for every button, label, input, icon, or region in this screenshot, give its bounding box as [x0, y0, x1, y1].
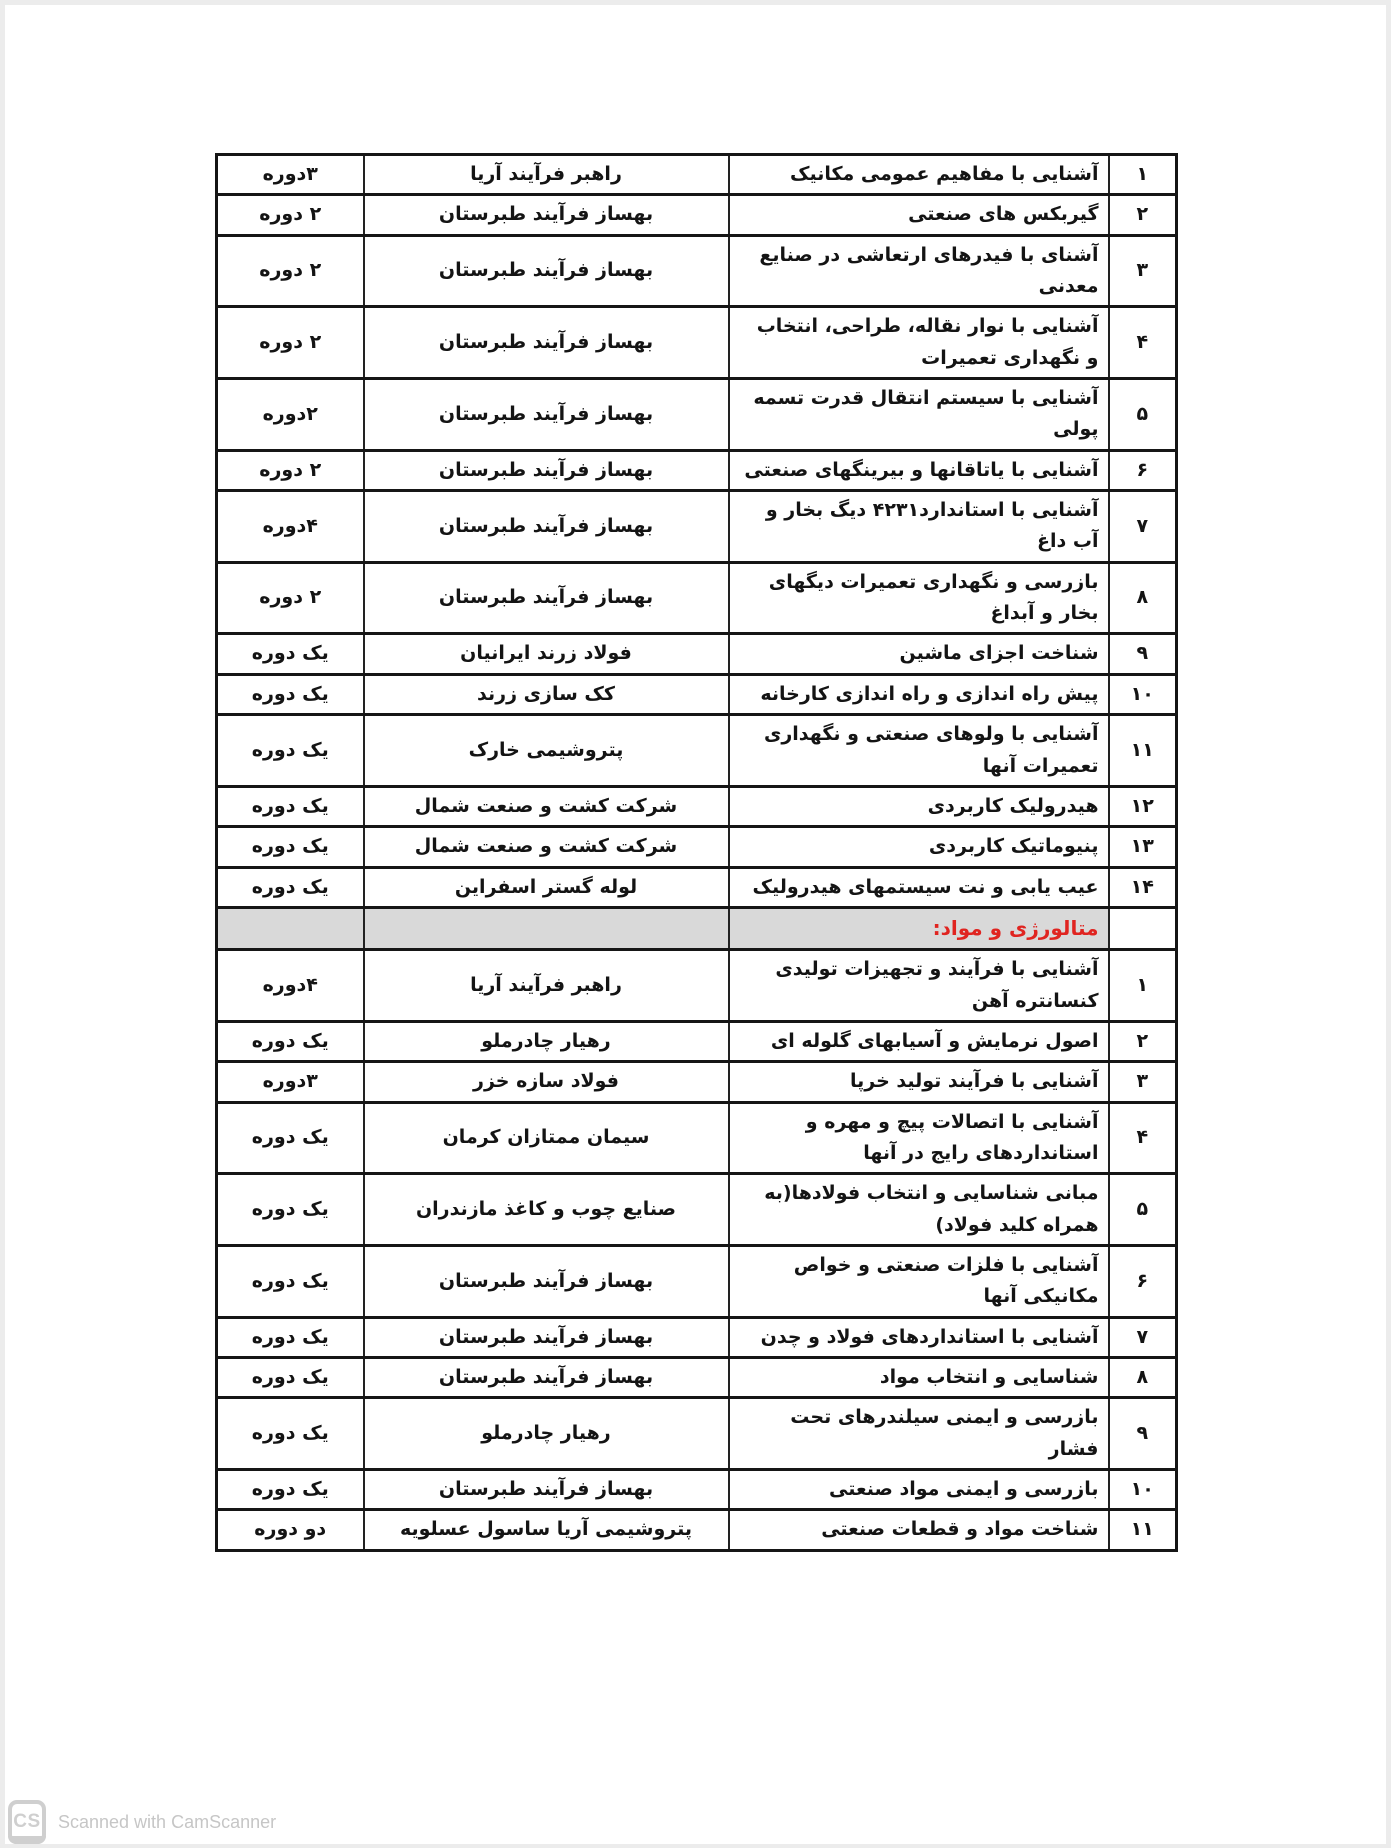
table-row: ۱ آشنایی با فرآیند و تجهیزات تولیدی کنسا… [217, 950, 1177, 1022]
duration-cell: یک دوره [217, 1358, 364, 1398]
row-number: ۹ [1136, 642, 1148, 664]
duration-cell: یک دوره [217, 674, 364, 714]
table-row: ۶ آشنایی با یاتاقانها و بیرینگهای صنعتی … [217, 450, 1177, 490]
section-header-title-cell: متالورژی و مواد: [729, 907, 1109, 949]
provider-name: بهساز فرآیند طبرستان [439, 203, 653, 225]
table-row: ۱۴ عیب یابی و نت سیستمهای هیدرولیک لوله … [217, 867, 1177, 907]
course-duration: یک دوره [252, 1478, 329, 1500]
row-number-cell: ۲ [1109, 1021, 1177, 1061]
row-number: ۳ [1136, 1070, 1148, 1092]
row-number-cell: ۸ [1109, 562, 1177, 634]
course-title: آشنایی با فرآیند تولید خرپا [850, 1070, 1099, 1092]
provider-name: فولاد زرند ایرانیان [460, 642, 632, 664]
table-row: ۷ آشنایی با استانداردهای فولاد و چدن بهس… [217, 1317, 1177, 1357]
course-title: آشنایی با استانداردهای فولاد و چدن [761, 1326, 1099, 1348]
table-row: ۷ آشنایی با استاندارد۴۲۳۱ دیگ بخار و آب … [217, 491, 1177, 563]
row-number: ۷ [1136, 515, 1148, 537]
course-title: بازرسی و نگهداری تعمیرات دیگهای بخار و آ… [769, 571, 1099, 624]
provider-cell: راهبر فرآیند آریا [364, 155, 729, 195]
courses-table: ۱ آشنایی با مفاهیم عمومی مکانیک راهبر فر… [215, 153, 1178, 1552]
camscanner-badge-icon: CS [8, 1800, 46, 1844]
course-duration: ۲ دوره [259, 586, 321, 608]
course-title-cell: اصول نرمایش و آسیابهای گلوله ای [729, 1021, 1109, 1061]
course-title-cell: بازرسی و ایمنی سیلندرهای تحت فشار [729, 1398, 1109, 1470]
course-title-cell: گیربکس های صنعتی [729, 195, 1109, 235]
row-number: ۶ [1136, 459, 1148, 481]
provider-name: بهساز فرآیند طبرستان [439, 259, 653, 281]
course-title-cell: بازرسی و ایمنی مواد صنعتی [729, 1470, 1109, 1510]
provider-name: پتروشیمی خارک [469, 739, 624, 761]
row-number-cell: ۳ [1109, 235, 1177, 307]
row-number-cell: ۷ [1109, 491, 1177, 563]
row-number-cell: ۵ [1109, 379, 1177, 451]
course-duration: یک دوره [252, 876, 329, 898]
course-title-cell: آشنایی با مفاهیم عمومی مکانیک [729, 155, 1109, 195]
course-duration: یک دوره [252, 795, 329, 817]
row-number-cell: ۱ [1109, 155, 1177, 195]
row-number: ۷ [1136, 1326, 1148, 1348]
course-title: آشنایی با نوار نقاله، طراحی، انتخاب و نگ… [757, 315, 1099, 368]
duration-cell: ۴دوره [217, 950, 364, 1022]
row-number: ۸ [1136, 586, 1148, 608]
provider-name: فولاد سازه خزر [473, 1070, 619, 1092]
provider-cell: شرکت کشت و صنعت شمال [364, 827, 729, 867]
table-row: ۱۱ شناخت مواد و قطعات صنعتی پتروشیمی آری… [217, 1510, 1177, 1550]
row-number-cell: ۱۰ [1109, 674, 1177, 714]
provider-cell: پتروشیمی خارک [364, 715, 729, 787]
provider-cell: بهساز فرآیند طبرستان [364, 307, 729, 379]
duration-cell: یک دوره [217, 827, 364, 867]
duration-cell: ۲ دوره [217, 307, 364, 379]
provider-name: بهساز فرآیند طبرستان [439, 586, 653, 608]
course-title-cell: هیدرولیک کاربردی [729, 786, 1109, 826]
course-duration: ۲ دوره [259, 259, 321, 281]
row-number-cell: ۶ [1109, 450, 1177, 490]
course-title-cell: عیب یابی و نت سیستمهای هیدرولیک [729, 867, 1109, 907]
row-number-cell: ۹ [1109, 634, 1177, 674]
course-duration: ۴دوره [263, 974, 318, 996]
scan-edge-left [0, 0, 5, 1848]
provider-name: بهساز فرآیند طبرستان [439, 1270, 653, 1292]
table-row: ۲ گیربکس های صنعتی بهساز فرآیند طبرستان … [217, 195, 1177, 235]
provider-name: سیمان ممتازان کرمان [443, 1126, 650, 1148]
course-title: آشنایی با یاتاقانها و بیرینگهای صنعتی [744, 459, 1098, 481]
provider-name: شرکت کشت و صنعت شمال [415, 795, 677, 817]
duration-cell: یک دوره [217, 634, 364, 674]
table-row: ۲ اصول نرمایش و آسیابهای گلوله ای رهیار … [217, 1021, 1177, 1061]
provider-cell: پتروشیمی آریا ساسول عسلویه [364, 1510, 729, 1550]
table-row: ۸ شناسایی و انتخاب مواد بهساز فرآیند طبر… [217, 1358, 1177, 1398]
provider-cell: بهساز فرآیند طبرستان [364, 235, 729, 307]
table-row: ۱۰ بازرسی و ایمنی مواد صنعتی بهساز فرآین… [217, 1470, 1177, 1510]
course-title: اصول نرمایش و آسیابهای گلوله ای [771, 1030, 1099, 1052]
provider-cell: راهبر فرآیند آریا [364, 950, 729, 1022]
duration-cell: یک دوره [217, 1245, 364, 1317]
course-title: آشنایی با فلزات صنعتی و خواص مکانیکی آنه… [794, 1254, 1099, 1307]
provider-cell: بهساز فرآیند طبرستان [364, 1245, 729, 1317]
scanned-document-page: ۱ آشنایی با مفاهیم عمومی مکانیک راهبر فر… [0, 0, 1391, 1848]
duration-cell: یک دوره [217, 1470, 364, 1510]
course-title: پنیوماتیک کاربردی [929, 835, 1099, 857]
duration-cell: ۳دوره [217, 1062, 364, 1102]
provider-cell: فولاد سازه خزر [364, 1062, 729, 1102]
course-title-cell: آشنایی با یاتاقانها و بیرینگهای صنعتی [729, 450, 1109, 490]
course-duration: یک دوره [252, 683, 329, 705]
provider-cell: صنایع چوب و کاغذ مازندران [364, 1174, 729, 1246]
course-title: بازرسی و ایمنی سیلندرهای تحت فشار [790, 1406, 1098, 1459]
course-duration: ۳دوره [263, 1070, 318, 1092]
duration-cell: ۲ دوره [217, 235, 364, 307]
scan-edge-top [0, 0, 1391, 5]
course-duration: یک دوره [252, 1422, 329, 1444]
course-duration: ۲ دوره [259, 459, 321, 481]
camscanner-badge-tab [8, 1836, 46, 1844]
row-number: ۵ [1136, 1198, 1148, 1220]
duration-cell: یک دوره [217, 715, 364, 787]
course-duration: یک دوره [252, 1366, 329, 1388]
camscanner-footer: CS Scanned with CamScanner [8, 1800, 276, 1844]
course-duration: ۴دوره [263, 515, 318, 537]
row-number-cell: ۴ [1109, 1102, 1177, 1174]
table-row: ۵ مبانی شناسایی و انتخاب فولادها(به همرا… [217, 1174, 1177, 1246]
course-title-cell: آشنایی با اتصالات پیچ و مهره و استاندارد… [729, 1102, 1109, 1174]
duration-cell: یک دوره [217, 1398, 364, 1470]
course-title-cell: آشنایی با فلزات صنعتی و خواص مکانیکی آنه… [729, 1245, 1109, 1317]
table-row: ۹ بازرسی و ایمنی سیلندرهای تحت فشار رهیا… [217, 1398, 1177, 1470]
row-number-cell: ۴ [1109, 307, 1177, 379]
row-number: ۱۱ [1131, 1518, 1154, 1540]
row-number-cell: ۸ [1109, 1358, 1177, 1398]
row-number-cell: ۱۰ [1109, 1470, 1177, 1510]
provider-cell: بهساز فرآیند طبرستان [364, 379, 729, 451]
table-row: ۴ آشنایی با اتصالات پیچ و مهره و استاندا… [217, 1102, 1177, 1174]
duration-cell: یک دوره [217, 1174, 364, 1246]
table-row: ۳ آشنای با فیدرهای ارتعاشی در صنایع معدن… [217, 235, 1177, 307]
course-title: آشنایی با سیستم انتقال قدرت تسمه پولی [753, 387, 1098, 440]
course-duration: ۲دوره [263, 403, 318, 425]
row-number: ۱۳ [1131, 835, 1154, 857]
row-number-cell: ۵ [1109, 1174, 1177, 1246]
provider-name: بهساز فرآیند طبرستان [439, 403, 653, 425]
row-number: ۱۴ [1131, 876, 1154, 898]
row-number: ۱ [1136, 974, 1148, 996]
course-title-cell: مبانی شناسایی و انتخاب فولادها(به همراه … [729, 1174, 1109, 1246]
provider-cell: شرکت کشت و صنعت شمال [364, 786, 729, 826]
provider-cell: بهساز فرآیند طبرستان [364, 491, 729, 563]
duration-cell: دو دوره [217, 1510, 364, 1550]
course-title-cell: آشنایی با فرآیند تولید خرپا [729, 1062, 1109, 1102]
row-number: ۲ [1136, 1030, 1148, 1052]
duration-cell: ۲ دوره [217, 562, 364, 634]
provider-cell: بهساز فرآیند طبرستان [364, 450, 729, 490]
row-number-cell: ۱۴ [1109, 867, 1177, 907]
row-number-cell: ۳ [1109, 1062, 1177, 1102]
provider-cell: کک سازی زرند [364, 674, 729, 714]
course-title-cell: آشنایی با فرآیند و تجهیزات تولیدی کنسانت… [729, 950, 1109, 1022]
duration-cell: ۴دوره [217, 491, 364, 563]
course-title: مبانی شناسایی و انتخاب فولادها(به همراه … [764, 1182, 1098, 1235]
table-row: ۹ شناخت اجزای ماشین فولاد زرند ایرانیان … [217, 634, 1177, 674]
course-title: آشنایی با مفاهیم عمومی مکانیک [790, 163, 1098, 185]
provider-name: بهساز فرآیند طبرستان [439, 1478, 653, 1500]
course-title-cell: بازرسی و نگهداری تعمیرات دیگهای بخار و آ… [729, 562, 1109, 634]
duration-cell: ۲دوره [217, 379, 364, 451]
section-header-number-cell [1109, 907, 1177, 949]
course-title-cell: آشنایی با ولوهای صنعتی و نگهداری تعمیرات… [729, 715, 1109, 787]
table-row: ۱۳ پنیوماتیک کاربردی شرکت کشت و صنعت شما… [217, 827, 1177, 867]
duration-cell: ۳دوره [217, 155, 364, 195]
table-row: ۱۲ هیدرولیک کاربردی شرکت کشت و صنعت شمال… [217, 786, 1177, 826]
row-number-cell: ۱۲ [1109, 786, 1177, 826]
course-duration: دو دوره [254, 1518, 326, 1540]
course-duration: یک دوره [252, 1270, 329, 1292]
duration-cell: یک دوره [217, 1317, 364, 1357]
table-row: ۱۰ پیش راه اندازی و راه اندازی کارخانه ک… [217, 674, 1177, 714]
section-header-duration-cell [217, 907, 364, 949]
provider-cell: بهساز فرآیند طبرستان [364, 562, 729, 634]
table-row: ۵ آشنایی با سیستم انتقال قدرت تسمه پولی … [217, 379, 1177, 451]
course-title: گیربکس های صنعتی [908, 203, 1098, 225]
course-title-cell: آشنایی با نوار نقاله، طراحی، انتخاب و نگ… [729, 307, 1109, 379]
course-title: آشنایی با اتصالات پیچ و مهره و استاندارد… [806, 1111, 1099, 1164]
duration-cell: یک دوره [217, 1021, 364, 1061]
course-title: آشنایی با استاندارد۴۲۳۱ دیگ بخار و آب دا… [766, 499, 1099, 552]
provider-name: راهبر فرآیند آریا [470, 163, 622, 185]
row-number: ۱۰ [1131, 1478, 1154, 1500]
row-number-cell: ۷ [1109, 1317, 1177, 1357]
row-number: ۳ [1136, 259, 1148, 281]
course-title: پیش راه اندازی و راه اندازی کارخانه [760, 683, 1098, 705]
table-row: ۱۱ آشنایی با ولوهای صنعتی و نگهداری تعمی… [217, 715, 1177, 787]
course-title-cell: پیش راه اندازی و راه اندازی کارخانه [729, 674, 1109, 714]
provider-name: شرکت کشت و صنعت شمال [415, 835, 677, 857]
course-title-cell: شناسایی و انتخاب مواد [729, 1358, 1109, 1398]
row-number: ۱ [1136, 163, 1148, 185]
course-duration: ۳دوره [263, 163, 318, 185]
course-duration: یک دوره [252, 1126, 329, 1148]
course-title: بازرسی و ایمنی مواد صنعتی [829, 1478, 1098, 1500]
row-number-cell: ۶ [1109, 1245, 1177, 1317]
row-number: ۱۰ [1131, 683, 1154, 705]
provider-cell: سیمان ممتازان کرمان [364, 1102, 729, 1174]
row-number-cell: ۱۳ [1109, 827, 1177, 867]
provider-name: راهبر فرآیند آریا [470, 974, 622, 996]
provider-cell: فولاد زرند ایرانیان [364, 634, 729, 674]
row-number-cell: ۱۱ [1109, 1510, 1177, 1550]
row-number: ۹ [1136, 1422, 1148, 1444]
course-title-cell: شناخت مواد و قطعات صنعتی [729, 1510, 1109, 1550]
provider-name: پتروشیمی آریا ساسول عسلویه [400, 1518, 692, 1540]
course-title: آشنایی با فرآیند و تجهیزات تولیدی کنسانت… [775, 958, 1098, 1011]
row-number: ۱۱ [1131, 739, 1154, 761]
row-number: ۵ [1136, 403, 1148, 425]
row-number-cell: ۲ [1109, 195, 1177, 235]
duration-cell: یک دوره [217, 786, 364, 826]
row-number: ۱۲ [1131, 795, 1154, 817]
section-header-provider-cell [364, 907, 729, 949]
course-title: شناخت اجزای ماشین [900, 642, 1099, 664]
duration-cell: یک دوره [217, 1102, 364, 1174]
course-title-cell: پنیوماتیک کاربردی [729, 827, 1109, 867]
course-title: شناخت مواد و قطعات صنعتی [821, 1518, 1098, 1540]
provider-cell: رهیار چادرملو [364, 1021, 729, 1061]
row-number-cell: ۱ [1109, 950, 1177, 1022]
course-title: شناسایی و انتخاب مواد [880, 1366, 1099, 1388]
course-title: هیدرولیک کاربردی [928, 795, 1099, 817]
provider-name: بهساز فرآیند طبرستان [439, 459, 653, 481]
scan-edge-right [1386, 0, 1391, 1848]
provider-cell: بهساز فرآیند طبرستان [364, 1358, 729, 1398]
provider-name: کک سازی زرند [477, 683, 615, 705]
course-title-cell: آشنایی با سیستم انتقال قدرت تسمه پولی [729, 379, 1109, 451]
course-title: آشنای با فیدرهای ارتعاشی در صنایع معدنی [759, 244, 1098, 297]
row-number: ۸ [1136, 1366, 1148, 1388]
table-row: ۱ آشنایی با مفاهیم عمومی مکانیک راهبر فر… [217, 155, 1177, 195]
row-number: ۴ [1136, 331, 1148, 353]
row-number-cell: ۱۱ [1109, 715, 1177, 787]
row-number: ۲ [1136, 203, 1148, 225]
camscanner-text: Scanned with CamScanner [58, 1812, 276, 1833]
course-duration: یک دوره [252, 1326, 329, 1348]
table-row: ۸ بازرسی و نگهداری تعمیرات دیگهای بخار و… [217, 562, 1177, 634]
course-duration: یک دوره [252, 1030, 329, 1052]
duration-cell: ۲ دوره [217, 450, 364, 490]
course-duration: یک دوره [252, 1198, 329, 1220]
course-duration: ۲ دوره [259, 331, 321, 353]
provider-cell: بهساز فرآیند طبرستان [364, 195, 729, 235]
provider-cell: بهساز فرآیند طبرستان [364, 1317, 729, 1357]
section-header-row: متالورژی و مواد: [217, 907, 1177, 949]
course-title: عیب یابی و نت سیستمهای هیدرولیک [753, 876, 1099, 898]
provider-cell: لوله گستر اسفراین [364, 867, 729, 907]
course-duration: یک دوره [252, 835, 329, 857]
provider-name: بهساز فرآیند طبرستان [439, 1366, 653, 1388]
course-title-cell: آشنایی با استانداردهای فولاد و چدن [729, 1317, 1109, 1357]
provider-name: صنایع چوب و کاغذ مازندران [416, 1198, 676, 1220]
provider-name: رهیار چادرملو [481, 1422, 611, 1444]
provider-name: بهساز فرآیند طبرستان [439, 331, 653, 353]
table-row: ۴ آشنایی با نوار نقاله، طراحی، انتخاب و … [217, 307, 1177, 379]
row-number: ۶ [1136, 1270, 1148, 1292]
table-row: ۶ آشنایی با فلزات صنعتی و خواص مکانیکی آ… [217, 1245, 1177, 1317]
table-row: ۳ آشنایی با فرآیند تولید خرپا فولاد سازه… [217, 1062, 1177, 1102]
provider-name: رهیار چادرملو [481, 1030, 611, 1052]
provider-cell: رهیار چادرملو [364, 1398, 729, 1470]
row-number-cell: ۹ [1109, 1398, 1177, 1470]
course-title-cell: آشنای با فیدرهای ارتعاشی در صنایع معدنی [729, 235, 1109, 307]
duration-cell: یک دوره [217, 867, 364, 907]
provider-name: بهساز فرآیند طبرستان [439, 1326, 653, 1348]
course-title-cell: شناخت اجزای ماشین [729, 634, 1109, 674]
provider-name: لوله گستر اسفراین [455, 876, 637, 898]
row-number: ۴ [1136, 1126, 1148, 1148]
provider-name: بهساز فرآیند طبرستان [439, 515, 653, 537]
course-title-cell: آشنایی با استاندارد۴۲۳۱ دیگ بخار و آب دا… [729, 491, 1109, 563]
course-duration: یک دوره [252, 739, 329, 761]
section-header-label: متالورژی و مواد: [933, 916, 1099, 940]
course-duration: یک دوره [252, 642, 329, 664]
course-title: آشنایی با ولوهای صنعتی و نگهداری تعمیرات… [764, 723, 1099, 776]
provider-cell: بهساز فرآیند طبرستان [364, 1470, 729, 1510]
scan-edge-bottom [0, 1844, 1391, 1848]
course-duration: ۲ دوره [259, 203, 321, 225]
camscanner-badge-label: CS [13, 1811, 40, 1833]
duration-cell: ۲ دوره [217, 195, 364, 235]
